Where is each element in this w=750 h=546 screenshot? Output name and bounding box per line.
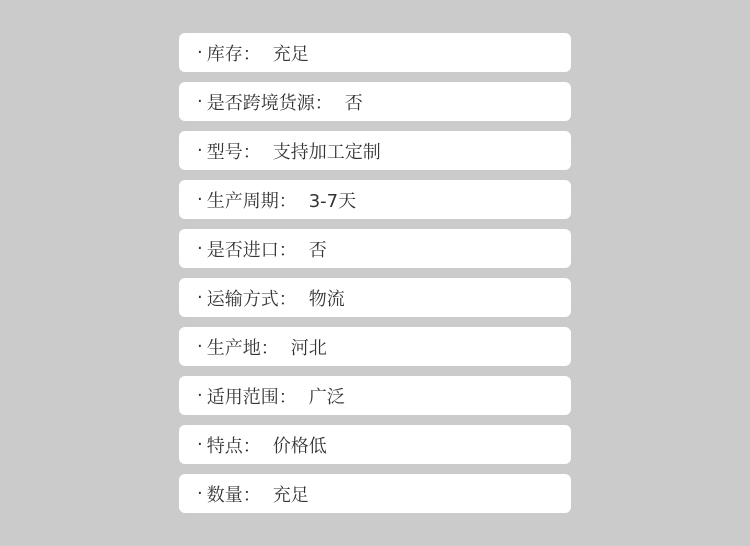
- attribute-label: 适用范围: [207, 383, 279, 409]
- bullet: ·: [197, 434, 203, 455]
- attribute-label: 特点: [207, 432, 243, 458]
- attribute-label: 生产地: [207, 334, 261, 360]
- attribute-row-quantity: ·数量：充足: [179, 474, 571, 513]
- attribute-row-feature: ·特点：价格低: [179, 425, 571, 464]
- attribute-label: 是否进口: [207, 236, 279, 262]
- attribute-value: 支持加工定制: [273, 138, 381, 164]
- separator: ：: [261, 334, 279, 360]
- attribute-row-model: ·型号：支持加工定制: [179, 131, 571, 170]
- separator: ：: [243, 432, 261, 458]
- attribute-row-cross-border: ·是否跨境货源：否: [179, 82, 571, 121]
- product-attributes-list: ·库存：充足 ·是否跨境货源：否 ·型号：支持加工定制 ·生产周期：3-7天 ·…: [179, 33, 571, 523]
- separator: ：: [243, 481, 261, 507]
- attribute-row-imported: ·是否进口：否: [179, 229, 571, 268]
- attribute-value: 广泛: [309, 383, 345, 409]
- attribute-value: 价格低: [273, 432, 327, 458]
- attribute-row-production-cycle: ·生产周期：3-7天: [179, 180, 571, 219]
- attribute-value: 物流: [309, 285, 345, 311]
- separator: ：: [315, 89, 333, 115]
- attribute-value: 否: [309, 236, 327, 262]
- attribute-label: 是否跨境货源: [207, 89, 315, 115]
- bullet: ·: [197, 140, 203, 161]
- separator: ：: [279, 236, 297, 262]
- bullet: ·: [197, 483, 203, 504]
- attribute-label: 型号: [207, 138, 243, 164]
- attribute-label: 运输方式: [207, 285, 279, 311]
- bullet: ·: [197, 287, 203, 308]
- attribute-value: 否: [345, 89, 363, 115]
- attribute-row-scope: ·适用范围：广泛: [179, 376, 571, 415]
- attribute-row-stock: ·库存：充足: [179, 33, 571, 72]
- bullet: ·: [197, 42, 203, 63]
- bullet: ·: [197, 385, 203, 406]
- attribute-value: 河北: [291, 334, 327, 360]
- bullet: ·: [197, 189, 203, 210]
- attribute-label: 生产周期: [207, 187, 279, 213]
- attribute-value: 充足: [273, 40, 309, 66]
- attribute-value: 充足: [273, 481, 309, 507]
- separator: ：: [279, 187, 297, 213]
- attribute-label: 数量: [207, 481, 243, 507]
- separator: ：: [279, 383, 297, 409]
- separator: ：: [279, 285, 297, 311]
- bullet: ·: [197, 238, 203, 259]
- bullet: ·: [197, 336, 203, 357]
- attribute-label: 库存: [207, 40, 243, 66]
- separator: ：: [243, 40, 261, 66]
- attribute-value: 3-7天: [309, 187, 356, 213]
- attribute-row-origin: ·生产地：河北: [179, 327, 571, 366]
- bullet: ·: [197, 91, 203, 112]
- attribute-row-shipping: ·运输方式：物流: [179, 278, 571, 317]
- separator: ：: [243, 138, 261, 164]
